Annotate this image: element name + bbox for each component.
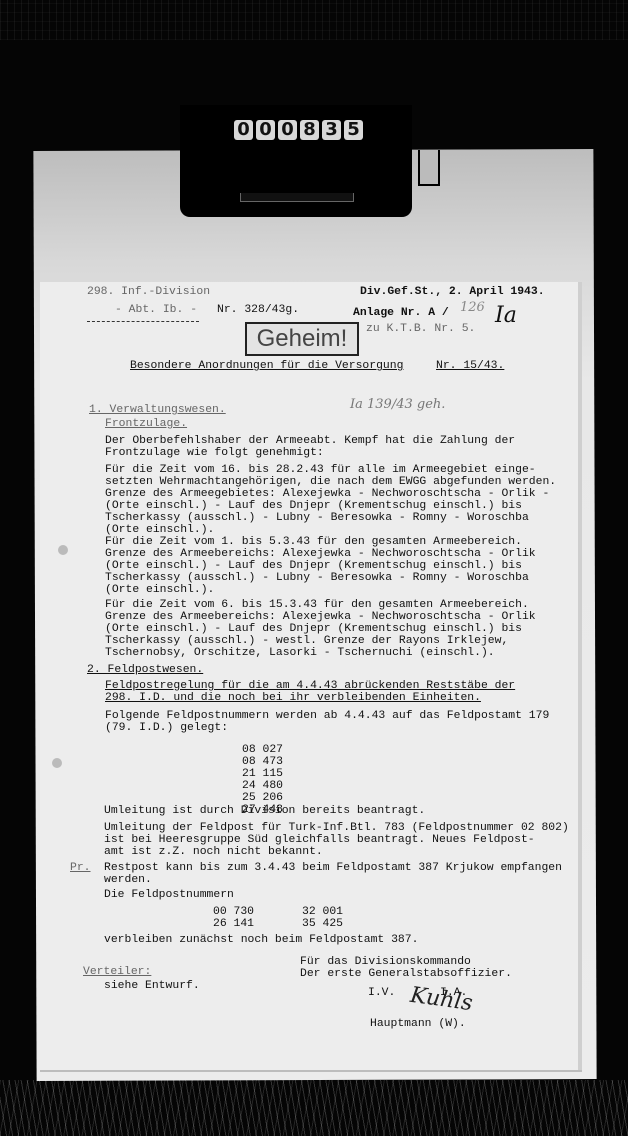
text-line: Tschernobsy, Orschitze, Lasorki - Tscher…	[105, 647, 495, 659]
text-line: (Orte einschl.) - Lauf des Dnjepr (Kreme…	[105, 500, 522, 512]
film-noise-top	[0, 0, 628, 40]
text-line: Für die Zeit vom 6. bis 15.3.43 für den …	[105, 599, 529, 611]
anlage-label: Anlage Nr. A /	[353, 307, 449, 319]
text-line: Der Oberbefehlshaber der Armeeabt. Kempf…	[105, 435, 515, 447]
counter-digit: 3	[322, 120, 341, 140]
ia-handwritten-mark: Ia	[495, 310, 517, 322]
text-line: setzten Wehrmachtangehörigen, die nach d…	[105, 476, 556, 488]
text-line: amt ist z.Z. noch nicht bekannt.	[104, 846, 323, 858]
signature-line-1: Für das Divisionskommando	[300, 956, 471, 968]
handwritten-reference: Ia 139/43 geh.	[350, 399, 445, 411]
text-line: Tscherkassy (ausschl.) - Lubny - Beresow…	[105, 512, 529, 524]
distribution-value: siehe Entwurf.	[104, 980, 200, 992]
text-line: (Orte einschl.) - Lauf des Dnjepr (Kreme…	[105, 560, 522, 572]
redirect-note: Umleitung ist durch Division bereits bea…	[104, 805, 425, 817]
signature-line-2: Der erste Generalstabsoffizier.	[300, 968, 512, 980]
counter-arm	[418, 150, 440, 186]
department: - Abt. Ib. -	[115, 304, 197, 316]
counter-clip	[240, 193, 354, 202]
ktb-reference: zu K.T.B. Nr. 5.	[366, 323, 475, 335]
section-1-subheading: Frontzulage.	[105, 418, 187, 430]
numbers-label: Die Feldpostnummern	[104, 889, 234, 901]
list-item: 08 027	[242, 744, 283, 756]
document-title: Besondere Anordnungen für die Versorgung	[130, 360, 403, 372]
punch-hole	[52, 758, 62, 768]
film-noise-bottom	[0, 1080, 628, 1136]
text-line: Grenze des Armeebereichs: Alexejewka - N…	[105, 548, 536, 560]
distribution-label: Verteiler:	[83, 966, 151, 978]
text-line: ist bei Heeresgruppe Süd gleichfalls bea…	[104, 834, 535, 846]
handwritten-signature: Kuhls	[409, 990, 473, 1011]
text-line: (Orte einschl.) - Lauf des Dnjepr (Kreme…	[105, 623, 522, 635]
list-item: 21 115	[242, 768, 283, 780]
counter-digit: 8	[300, 120, 319, 140]
counter-digit: 0	[256, 120, 275, 140]
unit-name: 298. Inf.-Division	[87, 286, 210, 298]
punch-hole	[58, 545, 68, 555]
counter-digit: 0	[234, 120, 253, 140]
text-line: (79. I.D.) gelegt:	[105, 722, 228, 734]
list-item: 00 730	[213, 906, 254, 918]
text-line: Frontzulage wie folgt genehmigt:	[105, 447, 324, 459]
place-date: Div.Gef.St., 2. April 1943.	[360, 286, 545, 298]
anlage-handwritten-number: 126	[460, 302, 485, 314]
list-item: 26 141	[213, 918, 254, 930]
text-line: (Orte einschl.).	[105, 524, 214, 536]
list-item: 24 480	[242, 780, 283, 792]
counter-digit: 0	[278, 120, 297, 140]
text-line: Grenze des Armeebereichs: Alexejewka - N…	[105, 611, 536, 623]
reference-number: Nr. 328/43g.	[217, 304, 299, 316]
document-page: 298. Inf.-Division - Abt. Ib. - Nr. 328/…	[40, 282, 582, 1070]
closing-line: verbleiben zunächst noch beim Feldpostam…	[104, 934, 418, 946]
text-line: (Orte einschl.).	[105, 584, 214, 596]
text-line: Tscherkassy (ausschl.) - Lubny - Beresow…	[105, 572, 529, 584]
signatory-rank: Hauptmann (W).	[370, 1018, 466, 1030]
header-divider	[87, 321, 199, 322]
text-line: Umleitung der Feldpost für Turk-Inf.Btl.…	[104, 822, 569, 834]
text-line: Restpost kann bis zum 3.4.43 beim Feldpo…	[104, 862, 562, 874]
text-line: Feldpostregelung für die am 4.4.43 abrüc…	[105, 680, 515, 692]
frame-counter: 0 0 0 8 3 5	[234, 120, 363, 140]
list-item: 08 473	[242, 756, 283, 768]
iv-label: I.V.	[368, 987, 395, 999]
text-line: Tscherkassy (ausschl.) - westl. Grenze d…	[105, 635, 508, 647]
text-line: 298. I.D. und die noch bei ihr verbleibe…	[105, 692, 481, 704]
text-line: Für die Zeit vom 16. bis 28.2.43 für all…	[105, 464, 536, 476]
list-item: 35 425	[302, 918, 343, 930]
text-line: Grenze des Armeegebietes: Alexejewka - N…	[105, 488, 549, 500]
text-line: Für die Zeit vom 1. bis 5.3.43 für den g…	[105, 536, 522, 548]
section-2-heading: 2. Feldpostwesen.	[87, 664, 203, 676]
document-number: Nr. 15/43.	[436, 360, 504, 372]
text-line: Folgende Feldpostnummern werden ab 4.4.4…	[105, 710, 549, 722]
list-item: 32 001	[302, 906, 343, 918]
text-line: werden.	[104, 874, 152, 886]
secret-stamp: Geheim!	[245, 322, 359, 356]
counter-digit: 5	[344, 120, 363, 140]
list-item: 25 206	[242, 792, 283, 804]
section-1-heading: 1. Verwaltungswesen.	[89, 404, 226, 416]
margin-note: Pr.	[70, 862, 91, 874]
